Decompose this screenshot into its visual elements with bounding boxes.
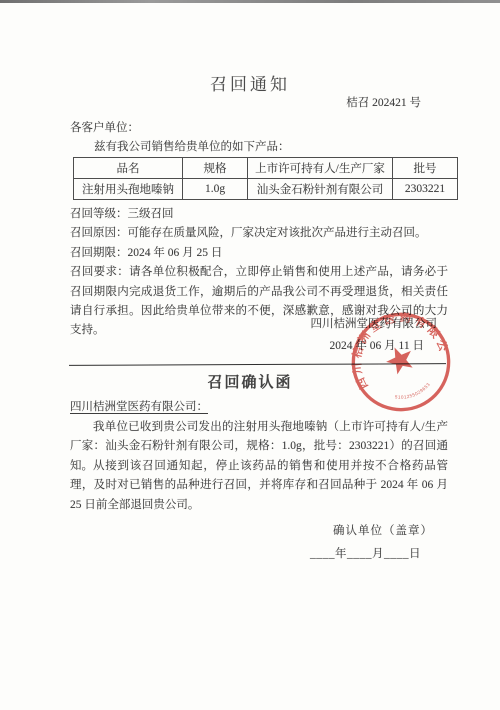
notice-intro: 兹有我公司销售给贵单位的如下产品： bbox=[94, 138, 290, 157]
section-divider-line bbox=[69, 363, 446, 366]
cell-spec: 1.0g bbox=[183, 179, 248, 200]
product-table-header-row: 品名 规格 上市许可持有人/生产厂家 批号 bbox=[74, 158, 458, 179]
product-table: 品名 规格 上市许可持有人/生产厂家 批号 注射用头孢地嗪钠 1.0g 汕头金石… bbox=[73, 157, 458, 200]
header-batch-number: 批号 bbox=[393, 158, 458, 179]
notice-salutation: 各客户单位： bbox=[70, 119, 139, 138]
cell-product-name: 注射用头孢地嗪钠 bbox=[74, 179, 183, 200]
recall-reason-line: 召回原因：可能存在质量风险，厂家决定对该批次产品进行主动召回。 bbox=[70, 224, 448, 243]
cell-batch-number: 2303221 bbox=[393, 179, 458, 200]
notice-ref-number: 桔召 202421 号 bbox=[0, 94, 421, 113]
confirmation-title: 召回确认函 bbox=[0, 371, 500, 392]
confirmation-paragraph-2: 从接到该召回通知起，停止该药品的销售和使用并按不合格药品管理，及时对已销售的品种… bbox=[70, 457, 448, 515]
notice-signer-company: 四川桔洲堂医药有限公司 bbox=[0, 315, 437, 334]
confirmation-addressee: 四川桔洲堂医药有限公司： bbox=[70, 398, 208, 417]
scan-edge-artifact bbox=[0, 0, 500, 3]
header-manufacturer: 上市许可持有人/生产厂家 bbox=[248, 158, 393, 179]
recall-level-line: 召回等级：三级召回 bbox=[70, 205, 448, 224]
cell-manufacturer: 汕头金石粉针剂有限公司 bbox=[248, 179, 393, 200]
notice-sign-date: 2024 年 06 月 11 日 bbox=[0, 337, 424, 356]
header-spec: 规格 bbox=[183, 158, 248, 179]
header-product-name: 品名 bbox=[74, 158, 183, 179]
recall-deadline-line: 召回期限：2024 年 06 月 25 日 bbox=[70, 244, 448, 263]
blank-date-line: ____年____月____日 bbox=[0, 545, 421, 564]
notice-title: 召回通知 bbox=[0, 70, 500, 95]
confirm-unit-label: 确认单位（盖章） bbox=[0, 522, 433, 541]
scanned-recall-document: 召回通知 桔召 202421 号 各客户单位： 兹有我公司销售给贵单位的如下产品… bbox=[0, 0, 500, 710]
product-table-data-row: 注射用头孢地嗪钠 1.0g 汕头金石粉针剂有限公司 2303221 bbox=[74, 179, 458, 200]
